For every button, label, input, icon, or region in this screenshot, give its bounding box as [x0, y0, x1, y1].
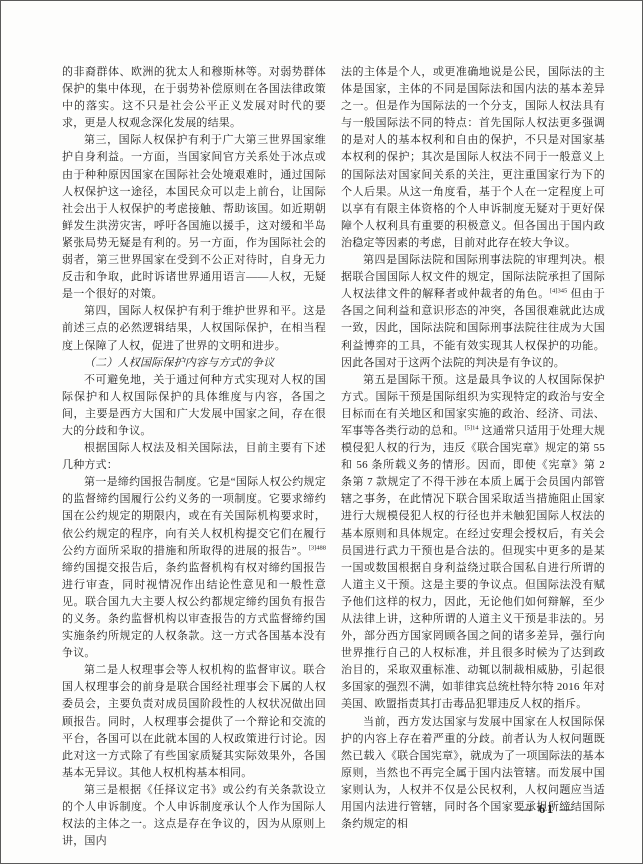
- paragraph: 根据国际人权法及相关国际法，目前主要有下述几种方式：: [62, 440, 326, 474]
- citation-ref: [5]14: [464, 424, 478, 431]
- paragraph: 的非裔群体、欧洲的犹太人和穆斯林等。对弱势群体保护的集中体现，在于弱势补偿原则在…: [62, 64, 326, 132]
- paragraph: 第二是人权理事会等人权机构的监督审议。联合国人权理事会的前身是联合国经社理事会下…: [62, 662, 326, 782]
- section-heading: （二）人权国际保护内容与方式的争议: [62, 355, 326, 372]
- two-column-text-area: 的非裔群体、欧洲的犹太人和穆斯林等。对弱势群体保护的集中体现，在于弱势补偿原则在…: [62, 64, 605, 850]
- paragraph: 第五是国际干预。这是最具争议的人权国际保护方式。国际干预是国际组织为实现特定的政…: [341, 372, 605, 714]
- right-column: 法的主体是个人，或更准确地说是公民，国际法的主体是国家，主体的不同是国际法和国内…: [341, 64, 605, 850]
- paragraph: 第四是国际法院和国际刑事法院的审理判决。根据联合国国际人权文件的规定，国际法院承…: [341, 252, 605, 372]
- citation-ref: [4]345: [550, 288, 567, 295]
- paragraph: 不可避免地，关于通过何种方式实现对人权的国际保护和人权国际保护的具体维度与内容，…: [62, 372, 326, 440]
- paragraph: 第四，国际人权保护有利于维护世界和平。这是前述三点的必然逻辑结果，人权国际保护，…: [62, 303, 326, 354]
- paragraph: 第一是缔约国报告制度。它是“国际人权公约规定的监督缔约国履行公约义务的一项制度。…: [62, 474, 326, 662]
- journal-page: 的非裔群体、欧洲的犹太人和穆斯林等。对弱势群体保护的集中体现，在于弱势补偿原则在…: [0, 0, 643, 864]
- left-column: 的非裔群体、欧洲的犹太人和穆斯林等。对弱势群体保护的集中体现，在于弱势补偿原则在…: [62, 64, 326, 850]
- paragraph: 法的主体是个人，或更准确地说是公民，国际法的主体是国家，主体的不同是国际法和国内…: [341, 64, 605, 252]
- page-number: — 61 —: [520, 801, 575, 817]
- paragraph: 第三是根据《任择议定书》或公约有关条款设立的个人申诉制度。个人申诉制度承认个人作…: [62, 782, 326, 850]
- citation-ref: [3]488: [309, 544, 326, 551]
- paragraph: 第三，国际人权保护有利于广大第三世界国家维护自身利益。一方面，当国家间官方关系处…: [62, 132, 326, 303]
